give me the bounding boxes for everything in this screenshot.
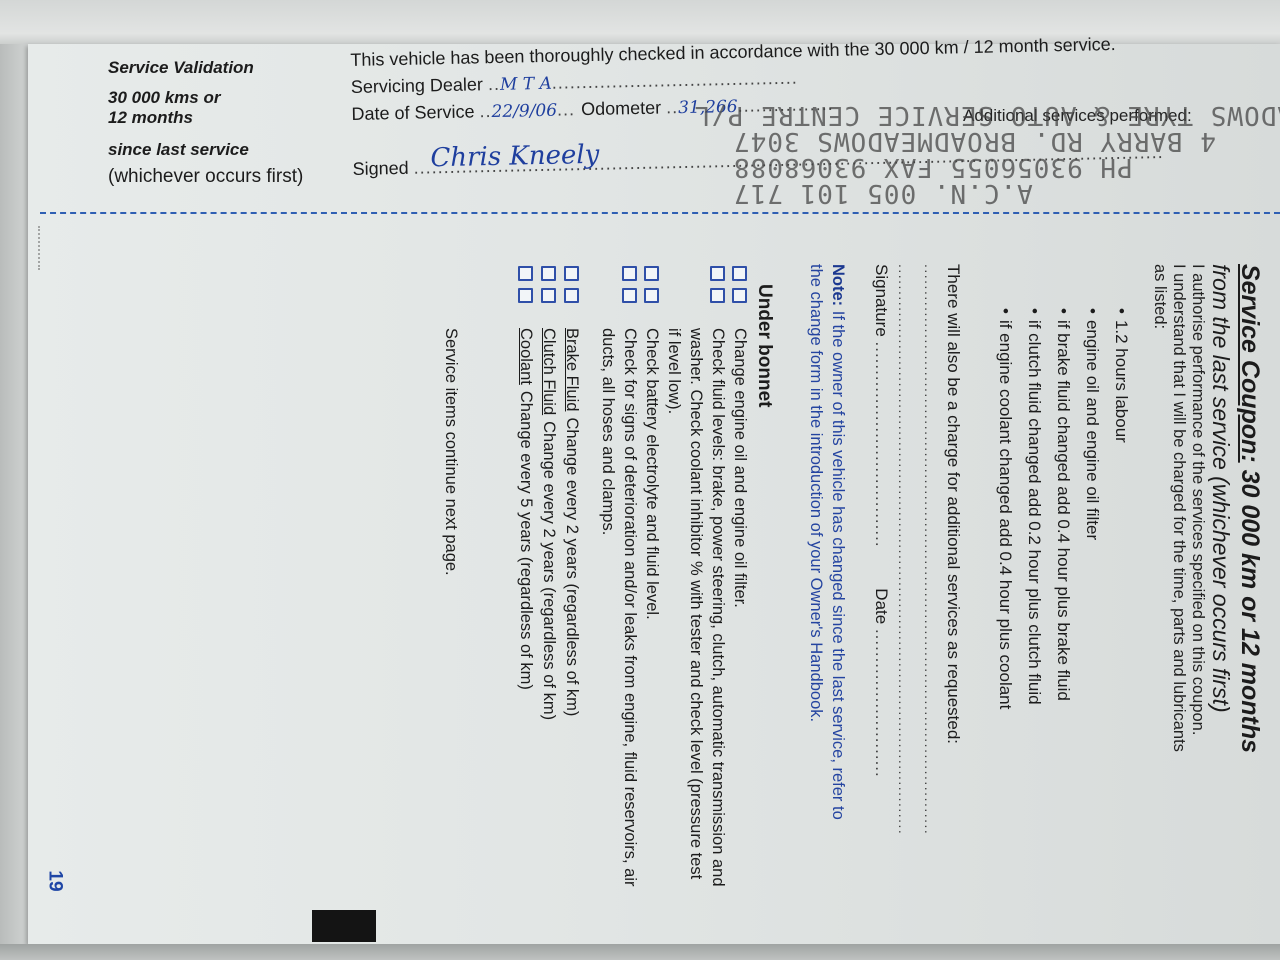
stamp-phone: PH 93056055 FAX 93068088: [733, 154, 1280, 180]
page-number: 19: [44, 870, 66, 891]
owner-change-note: Note: If the owner of this vehicle has c…: [805, 264, 849, 824]
checkbox-icon[interactable]: [518, 266, 533, 281]
checkbox-icon[interactable]: [732, 266, 747, 281]
signed-label: Signed: [352, 158, 408, 179]
continue-note: Service items continue next page.: [441, 328, 460, 882]
under-bonnet-heading: Under bonnet: [753, 284, 775, 882]
charge-list: 1.2 hours labour engine oil and engine o…: [991, 308, 1136, 882]
checkbox-icon[interactable]: [541, 288, 556, 303]
dealer-value[interactable]: M T A: [500, 74, 552, 95]
checklist-item: Change engine oil and engine oil filter.: [729, 262, 751, 888]
list-item: 1.2 hours labour: [1107, 308, 1136, 882]
list-item: if brake fluid changed add 0.4 hour plus…: [1049, 308, 1078, 882]
date-value[interactable]: 22/9/06: [491, 101, 557, 122]
page-bottom-edge: [0, 944, 1280, 960]
stamp-address: 4 BARRY RD. BROADMEADOWS 3047: [733, 128, 1280, 154]
date-label: Date: [872, 588, 891, 624]
additional-services-line-1[interactable]: ........................................…: [917, 264, 943, 834]
tear-marks: [38, 226, 48, 270]
validation-months: 12 months: [108, 108, 303, 128]
fluid-change-list: Brake FluidChange every 2 years (regardl…: [514, 262, 583, 882]
checkbox-icon[interactable]: [710, 288, 725, 303]
checklist-item: Check battery electrolyte and fluid leve…: [641, 262, 663, 888]
validation-title: Service Validation: [108, 58, 303, 78]
under-bonnet-list: Change engine oil and engine oil filter.…: [597, 262, 751, 882]
stamp-business-name: ADOWS TYRE & AUTO SERVICE CENTRE P/L: [733, 102, 1280, 128]
checkbox-icon[interactable]: [622, 266, 637, 281]
signature-value[interactable]: Chris Kneely: [430, 140, 600, 174]
additional-charge-text: There will also be a charge for addition…: [943, 264, 963, 882]
checkbox-icon[interactable]: [541, 266, 556, 281]
signature-date-row: Signature ..............................…: [871, 264, 891, 882]
service-validation-block: Service Validation 30 000 kms or 12 mont…: [108, 58, 303, 194]
stamp-acn: A.C.N. 005 101 717: [733, 180, 1280, 206]
odometer-label: Odometer: [581, 98, 661, 120]
checklist-item: Check for signs of deterioration and/or …: [597, 262, 641, 888]
checkbox-icon[interactable]: [622, 288, 637, 303]
checklist-item: Check fluid levels: brake, power steerin…: [663, 262, 729, 888]
index-tab: [312, 910, 376, 942]
checkbox-icon[interactable]: [732, 288, 747, 303]
checkbox-icon[interactable]: [518, 288, 533, 303]
validation-whichever: (whichever occurs first): [108, 166, 303, 188]
tear-off-line: [40, 212, 1280, 214]
coupon-title: Service Coupon: 30 000 km or 12 months: [1235, 264, 1265, 882]
checkbox-icon[interactable]: [644, 288, 659, 303]
additional-services-line-2[interactable]: ........................................…: [891, 264, 917, 834]
checklist-item: Clutch FluidChange every 2 years (regard…: [537, 262, 560, 882]
list-item: if clutch fluid changed add 0.2 hour plu…: [1020, 308, 1049, 882]
page-edge: [0, 44, 28, 944]
checkbox-icon[interactable]: [710, 266, 725, 281]
authorise-text: I authorise performance of the services …: [1150, 264, 1207, 882]
date-field[interactable]: ..........................: [872, 629, 891, 778]
checklist-item: Brake FluidChange every 2 years (regardl…: [560, 262, 583, 882]
service-coupon: Service Coupon: 30 000 km or 12 months f…: [65, 262, 1265, 882]
list-item: if engine coolant changed add 0.4 hour p…: [991, 308, 1020, 882]
coupon-subtitle: from the last service (whichever occurs …: [1207, 264, 1235, 882]
checkbox-icon[interactable]: [564, 266, 579, 281]
signature-field[interactable]: ....................................: [872, 342, 891, 548]
checkbox-icon[interactable]: [564, 288, 579, 303]
dealer-stamp: A.C.N. 005 101 717 PH 93056055 FAX 93068…: [733, 102, 1280, 206]
checkbox-icon[interactable]: [644, 266, 659, 281]
list-item: engine oil and engine oil filter: [1078, 308, 1107, 882]
checklist-item: CoolantChange every 5 years (regardless …: [514, 262, 537, 882]
dealer-label: Servicing Dealer: [351, 74, 483, 97]
validation-km: 30 000 kms or: [108, 88, 303, 108]
validation-since: since last service: [108, 140, 303, 160]
date-label: Date of Service: [351, 101, 474, 124]
signature-label: Signature: [872, 264, 891, 337]
